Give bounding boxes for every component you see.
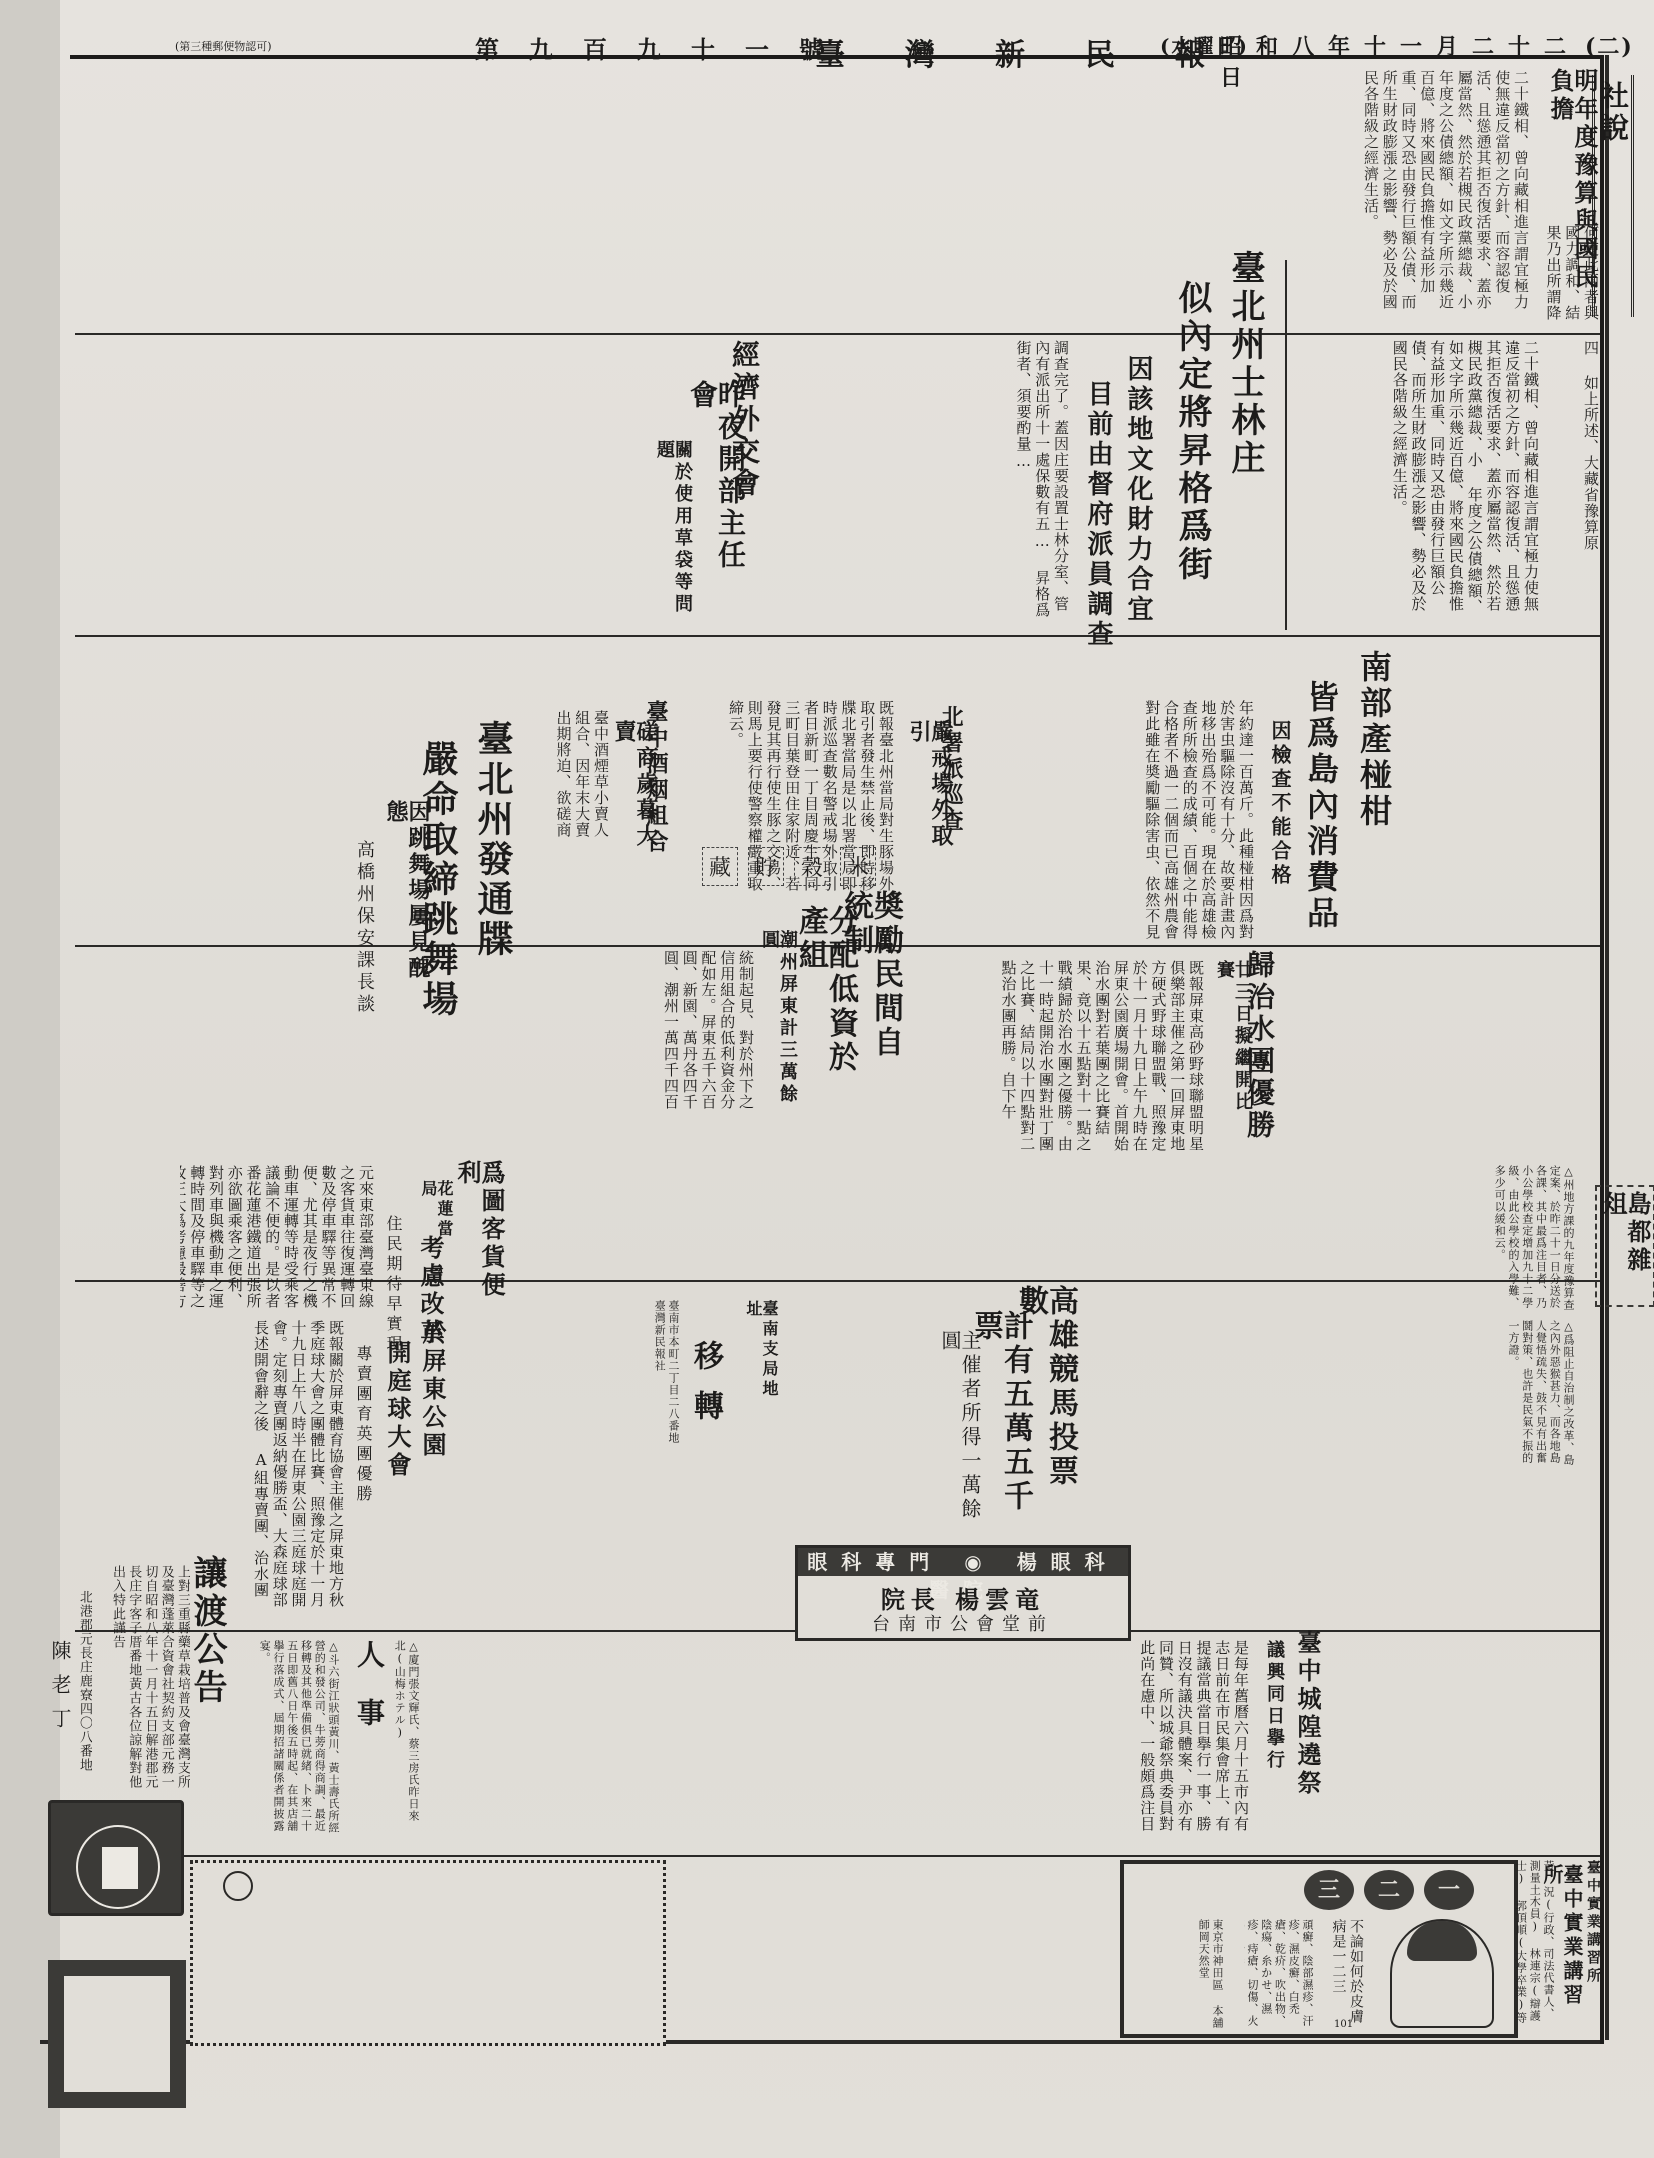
subheadline-rice: 分配低資於產組 — [795, 905, 855, 1105]
label-chip: 穀 — [794, 847, 830, 886]
article-body-rice: 統制起見、對於州下之信用組合的低利資金分配如左。屏東五千六百圓、新園、萬丹各四千… — [660, 950, 755, 1110]
headline-hualien: 爲圖客貨便利 — [455, 1160, 503, 1320]
divider — [75, 635, 1600, 637]
article-body-top: 二十鐵相、曾向藏相進言謂宜極力使無違反當初之方針、而容認復活、且慫慂其拒否復活要… — [90, 70, 1530, 325]
ad-wool — [190, 1860, 666, 2046]
section-label-island-misc: 島都雜俎 — [1595, 1185, 1654, 1307]
label-chip: 米 — [840, 847, 876, 886]
personnel-item: △廈門張文輝氏、蔡三房氏昨日來北(山梅ホテル) — [380, 1640, 420, 1830]
label-chip: 貯 — [748, 847, 784, 886]
article-body-city-god: 是每年舊曆六月十五市內有志日前在市民集會席上、有提議當典當日擧行一事、勝日沒有議… — [1110, 1640, 1250, 1840]
subheadline-city-god: 議興同日擧行 — [1265, 1640, 1283, 1790]
dealer-mark-icon — [223, 1871, 253, 1901]
deck-rice: 潮州屏東計三萬餘圓 — [760, 930, 796, 1110]
kicker-hualien: 花蓮當局 — [420, 1180, 452, 1240]
school-lecturers: 黃 況(行政、司法代書人、測量土木員) 林連宗(辯護士) 郭頂順(大學卒業)等 — [1515, 1860, 1555, 2030]
headline-city-god: 臺中城隍遶祭 — [1295, 1630, 1319, 1810]
ichi-effects: 頑癬、陰部濕疹、汗疹、濕皮癬、白禿瘡、乾疥、吹出物、陰瘍、糸かせ、濕疹、痔瘡、切… — [1244, 1919, 1314, 2029]
divider — [75, 1855, 1600, 1857]
article-body-ponkan: 年約達一百萬斤。此種椪柑因爲對於害虫驅除沒有十分、故要計畫內地移出殆爲不可能。現… — [1040, 700, 1255, 940]
ad-hakugyoku — [640, 1860, 990, 2040]
article-body-shilin: 調查完了。蓋因庄要設置士林分室、管內有派出所十一處保數有五… 昇格爲街者、須要酌… — [960, 340, 1070, 625]
ad-eye-clinic: 眼科專門 ◉ 楊眼科醫院 院長 楊雲竜 台南市公會堂前 — [795, 1545, 1131, 1641]
label-chip: 藏 — [702, 847, 738, 886]
hakugyoku-promo — [793, 1860, 815, 2010]
ad-safe — [48, 1800, 184, 1916]
wool-product-lines — [471, 1867, 661, 2037]
eye-clinic-address: 台南市公會堂前 — [798, 1610, 1128, 1636]
brand-medallions: 一 二 三 — [1304, 1870, 1474, 1910]
transfer-notice-signature: 陳老丁 — [50, 1640, 70, 1780]
wool-body — [263, 1867, 373, 2037]
woman-illustration-icon — [1390, 1919, 1494, 2028]
brand-medallion: 二 — [1364, 1870, 1414, 1910]
editorial-section-four: 四 如上所述、大藏省豫算原 — [1545, 340, 1600, 620]
headline-personnel: 人事 — [355, 1640, 383, 1810]
headline-ponkan: 南部產椪柑 — [1358, 650, 1390, 890]
ichi-headline: 不論如何於皮膚病是一二三 — [1324, 1919, 1364, 2029]
brand-medallion: 一 — [1424, 1870, 1474, 1910]
article-body-editorial-cont: 二十鐵相、曾向藏相進言謂宜極力使無違反當初之方針、而容認復活、且慫慂其拒否復活要… — [1310, 340, 1540, 625]
wool-dealer-role — [197, 1867, 221, 2037]
subheadline-north-police: 嚴戒場外取引 — [908, 720, 952, 870]
divider — [75, 333, 1600, 335]
transfer-notice-address: 北港郡元長庄鹿寮四〇八番地 — [72, 1590, 92, 1790]
deck-dance-hall: 因跳舞場屢見醜態 — [385, 800, 429, 1000]
right-rule — [1605, 55, 1609, 2040]
byline-dance-hall: 高橋州保安課長談 — [355, 840, 373, 1020]
relocation-address: 臺南市本町二丁目二八番地 臺灣新民報社 — [640, 1300, 680, 1450]
transfer-notice-body: 上對三重縣藥草栽培普及會臺灣支所及臺灣蓬萊合資會社契約支部元務一切自昭和八年十一… — [85, 1565, 190, 1795]
ad-ichi-ni-san: 一 二 三 不論如何於皮膚病是一二三 頑癬、陰部濕疹、汗疹、濕皮癬、白禿瘡、乾疥… — [1120, 1860, 1518, 2038]
subheadline-relocation: 臺南支局地址 — [745, 1300, 777, 1410]
editorial-excerpt: 何使此兩者與國力調和、結果乃出所謂降下軍事費單價之舉、 — [1545, 225, 1600, 325]
hakugyoku-tagline — [931, 1860, 986, 2040]
deck-shilin-1: 因該地文化財力合宜 — [1125, 355, 1151, 625]
headline-dance-hall: 臺北州發通牒 — [475, 720, 511, 1020]
ad-nursery — [995, 1860, 1115, 2040]
deck-horse-racing: 主催者所得一萬餘圓 — [940, 1330, 980, 1530]
misc-item: △州地方課的九年度豫算查定案、於昨二十一日分送於各課、其中最爲注目者、乃小公學校… — [1465, 1165, 1575, 1315]
deck-ponkan: 因檢查不能合格 — [1270, 720, 1290, 920]
school-subtitle: 臺中實業講習所 — [1586, 1860, 1600, 2030]
masthead: (第三種郵便物認可) 第九百九十一號 臺灣新民報 (水曜日) 昭和八年十一月二十… — [175, 30, 1605, 52]
headline-tennis: 於屏東公園 — [420, 1320, 444, 1470]
article-body-hualien: 元來東部臺灣臺東線之客貨車往復運轉回數及停車驛等異常不便、尤其是夜行之機動車運轉… — [180, 1165, 375, 1315]
headline-transfer-notice: 讓渡公告 — [190, 1555, 224, 1775]
postal-note: (第三種郵便物認可) — [175, 38, 272, 54]
subheadline-taichung-tobacco: 磋商歲暮大賣 — [613, 720, 657, 870]
safe-illustration-icon — [76, 1825, 160, 1909]
subheadline-shilin: 似內定將昇格爲街 — [1175, 280, 1209, 620]
deck-shilin-2: 目前由督府派員調查 — [1085, 380, 1111, 650]
ad-code: 101 — [1334, 2019, 1353, 2030]
rice-storage-label: 米 穀 貯 藏 — [700, 845, 878, 888]
personnel-item: △斗六街江狀頭黃川、黃士壽氏所經營的和發公司、牛蒡商得商調、最近移轉及其他準備俱… — [230, 1640, 340, 1840]
subheadline-tennis: 開庭球大會 — [385, 1340, 409, 1490]
subheadline-ponkan: 皆爲島內消費品 — [1305, 680, 1337, 940]
subheadline-econ-exchange: 昨夜開部主任會 — [688, 380, 744, 600]
article-body-taichung-tobacco: 臺中酒煙草小賣人組合、因年末大賣出期將迫、欲磋商本年的賭彩 — [555, 710, 610, 840]
wool-headline — [378, 1867, 406, 2037]
ichi-maker: 東京市神田區 本舖 師岡天然堂 — [1164, 1919, 1224, 2029]
article-body-baseball: 既報屏東高砂野球聯盟明星俱樂部主催之第一回屏東地方硬式野球聯盟戰、照豫定於十一月… — [990, 960, 1205, 1155]
misc-item: △爲阻止自治制之改革、島之內外惡猴甚力、而各地島人覺悟疏失、鼓不見有出奮鬪對策、… — [1465, 1320, 1575, 1470]
headline-relocation: 移轉 — [690, 1340, 720, 1450]
ad-condolence — [48, 1960, 186, 2108]
deck-baseball: 廿三日擬繼開比賽 — [1215, 960, 1251, 1120]
ad-taichung-school: 臺中實業講習所 臺中實業講習所 黃 況(行政、司法代書人、測量土木員) 林連宗(… — [1515, 1860, 1600, 2030]
brand-medallion: 三 — [1304, 1870, 1354, 1910]
eye-clinic-header: 眼科專門 ◉ 楊眼科醫院 — [798, 1548, 1128, 1576]
deck-tennis: 專賣團育英團優勝 — [355, 1345, 371, 1515]
deck-econ-exchange: 關於使用草袋等問題 — [655, 440, 691, 630]
nursery-body — [1040, 1860, 1115, 2040]
